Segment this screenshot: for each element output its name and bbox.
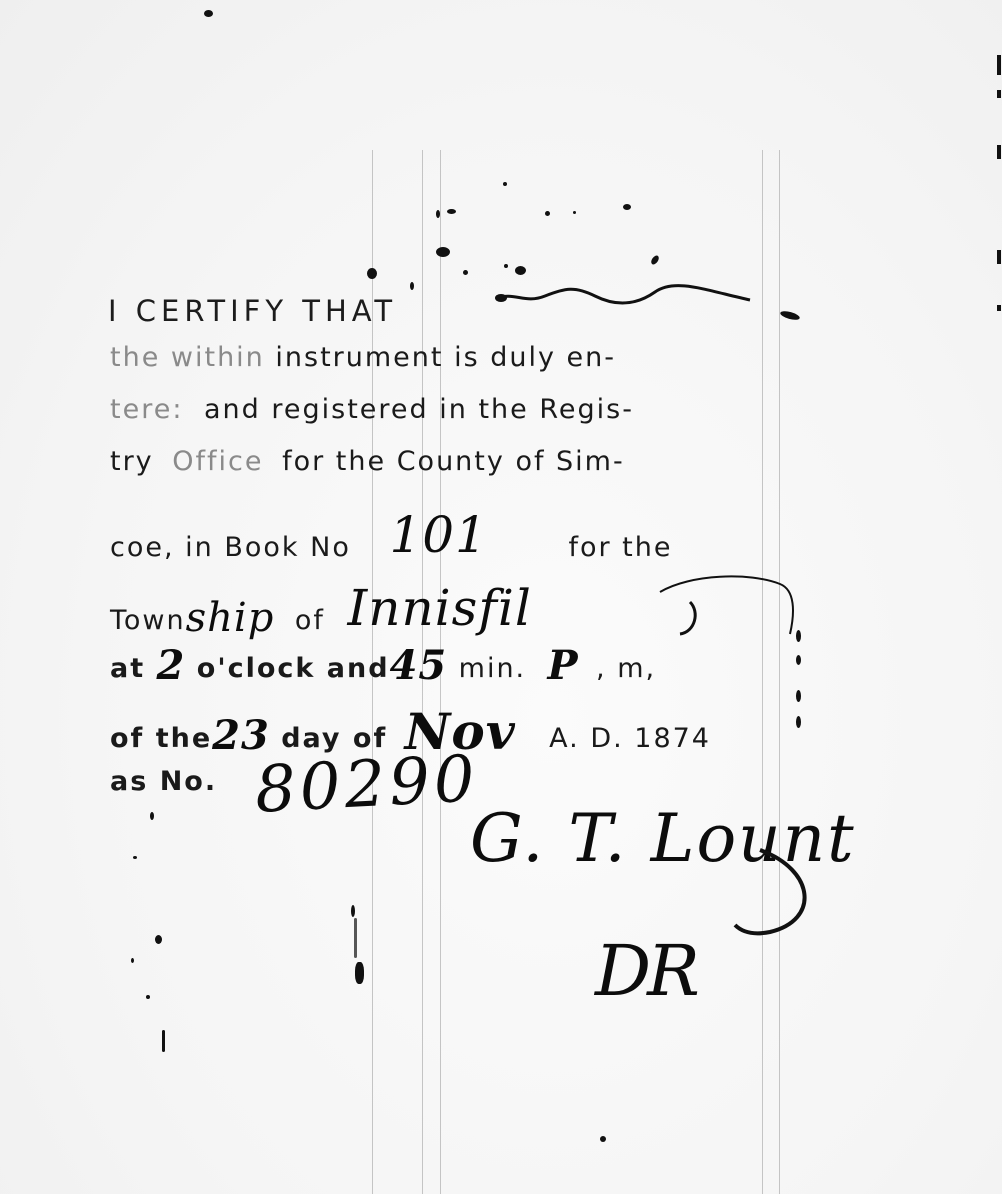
ink-speck [436,210,440,218]
ink-speck [354,918,357,958]
edge-mark [997,55,1001,75]
ink-speck [515,266,526,275]
certificate-line-6: at 2 o'clock and45 min. P , m, [110,640,656,687]
township-flourish [650,572,800,642]
ink-speck [650,254,661,266]
ink-speck [796,690,801,702]
ruled-line [779,150,780,1194]
handwritten-minutes: 45 [390,642,448,689]
certificate-line-5: Township of Innisfil [110,583,532,641]
certificate-line-1: the within instrument is duly en- [110,342,616,373]
ink-speck [204,10,213,17]
certificate-line-4: coe, in Book No 101 for the [110,510,673,568]
handwritten-hour: 2 [157,642,186,689]
certificate-text: min. [459,653,527,684]
faded-text: tere: [110,394,183,425]
certificate-text: Town [110,605,186,636]
certificate-line-8: as No. [110,766,217,797]
edge-mark [997,145,1001,159]
ink-speck [133,856,137,859]
handwritten-day: 23 [212,712,270,759]
certificate-line-3: try Office for the County of Sim- [110,446,625,477]
ink-speck [504,264,508,268]
ink-speck [463,270,468,275]
ink-speck [410,282,414,290]
ink-speck [351,905,355,917]
ink-speck [131,958,134,963]
certificate-text: , m, [596,653,656,684]
ink-speck [779,310,800,322]
ink-speck [796,655,801,665]
ink-speck [447,209,456,214]
certificate-text: instrument is duly en- [275,342,616,373]
edge-mark [997,90,1001,98]
certificate-text: coe, in Book No [110,532,351,563]
certificate-text: of the [110,723,212,754]
certificate-text: try [110,446,154,477]
ink-speck [150,812,154,820]
ink-speck [503,182,507,186]
faded-text: the within [110,342,265,373]
certificate-text: of [295,605,325,636]
certificate-text: A. D. 1874 [549,723,711,754]
handwritten-signature-title: DR [595,930,696,1012]
certificate-text: for the [568,532,672,563]
edge-mark [997,305,1001,311]
ink-speck [573,211,576,214]
ink-speck [155,935,162,944]
ink-speck [355,962,364,984]
certificate-text: for the County of Sim- [282,446,625,477]
handwritten-meridiem: P [548,642,579,689]
certificate-text: and registered in the Regis- [204,394,634,425]
handwritten-township-suffix: ship [186,595,275,641]
ink-speck [146,995,150,999]
ink-speck [796,716,801,728]
certificate-line-2: tere: and registered in the Regis- [110,394,634,425]
edge-mark [997,250,1001,264]
ink-speck [623,204,631,210]
certificate-text: as No. [110,766,217,797]
signature-flourish [680,840,820,940]
decorative-squiggle [495,282,755,312]
certificate-text: at [110,653,145,684]
certificate-text: o'clock and [197,653,390,684]
faded-text: Office [172,446,263,477]
handwritten-book-number: 101 [389,506,487,564]
certificate-heading: I CERTIFY THAT [108,294,397,328]
ink-speck [162,1030,165,1052]
ink-speck [600,1136,606,1142]
ink-speck [436,247,450,257]
ink-speck [367,268,377,279]
handwritten-registration-number: 80290 [253,742,480,828]
scanned-document: I CERTIFY THAT the within instrument is … [0,0,1002,1194]
ink-speck [545,211,550,216]
handwritten-township-name: Innisfil [348,579,532,637]
ruled-line [762,150,763,1194]
